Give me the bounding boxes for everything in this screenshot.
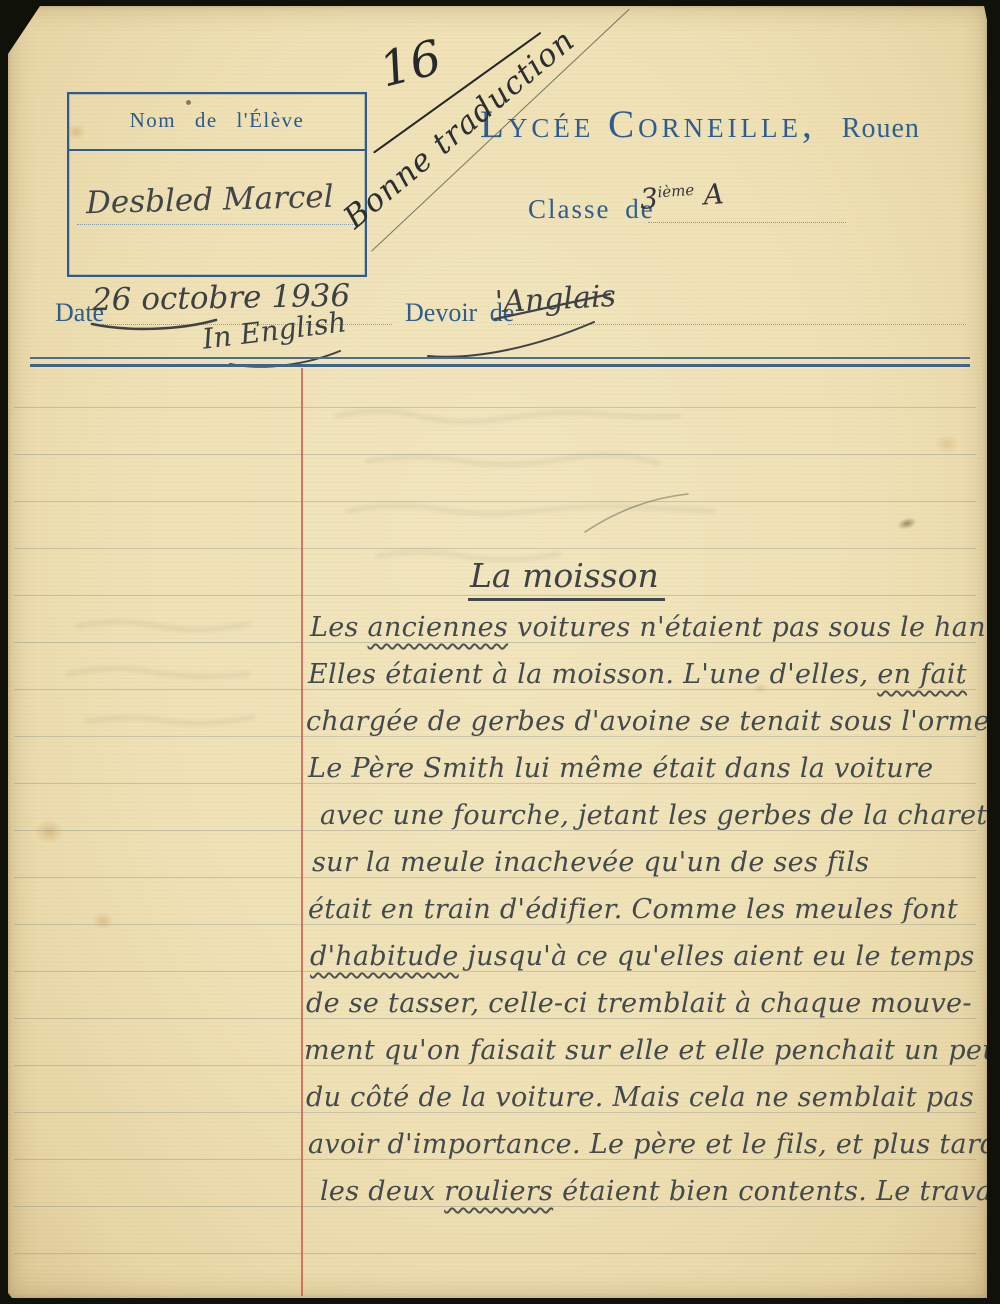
essay-line-12: avoir d'importance. Le père et le fils, … <box>308 1125 998 1165</box>
corrected-word: anciennes <box>368 612 509 643</box>
essay-lines: Les anciennes voitures n'étaient pas sou… <box>8 6 987 1298</box>
scanned-photo: { "colors": { "print_blue": "#2e5d8e", "… <box>0 0 1000 1304</box>
essay-line-5: avec une fourche, jetant les gerbes de l… <box>320 796 1000 836</box>
essay-line-6: sur la meule inachevée qu'un de ses fils <box>312 843 869 883</box>
essay-line-7: était en train d'édifier. Comme les meul… <box>308 890 958 930</box>
essay-line-11: du côté de la voiture. Mais cela ne semb… <box>306 1078 974 1118</box>
corrected-word: rouliers <box>444 1176 553 1207</box>
corrected-word: d'habitude <box>310 941 459 972</box>
essay-line-4: Le Père Smith lui même était dans la voi… <box>308 749 933 789</box>
corrected-word: en fait <box>877 659 967 690</box>
essay-line-2: Elles étaient à la moisson. L'une d'elle… <box>308 655 967 695</box>
essay-line-9: de se tasser, celle-ci tremblait à chaqu… <box>306 984 972 1024</box>
essay-line-1: Les anciennes voitures n'étaient pas sou… <box>310 608 1000 648</box>
essay-line-13: les deux rouliers étaient bien contents.… <box>320 1172 1000 1212</box>
essay-line-3: chargée de gerbes d'avoine se tenait sou… <box>306 702 990 742</box>
exam-sheet: Nom de l'Élève Desbled Marcel Lycée Corn… <box>8 6 987 1298</box>
essay-line-10: ment qu'on faisait sur elle et elle penc… <box>304 1031 1000 1071</box>
essay-line-8: d'habitude jusqu'à ce qu'elles aient eu … <box>310 937 975 977</box>
